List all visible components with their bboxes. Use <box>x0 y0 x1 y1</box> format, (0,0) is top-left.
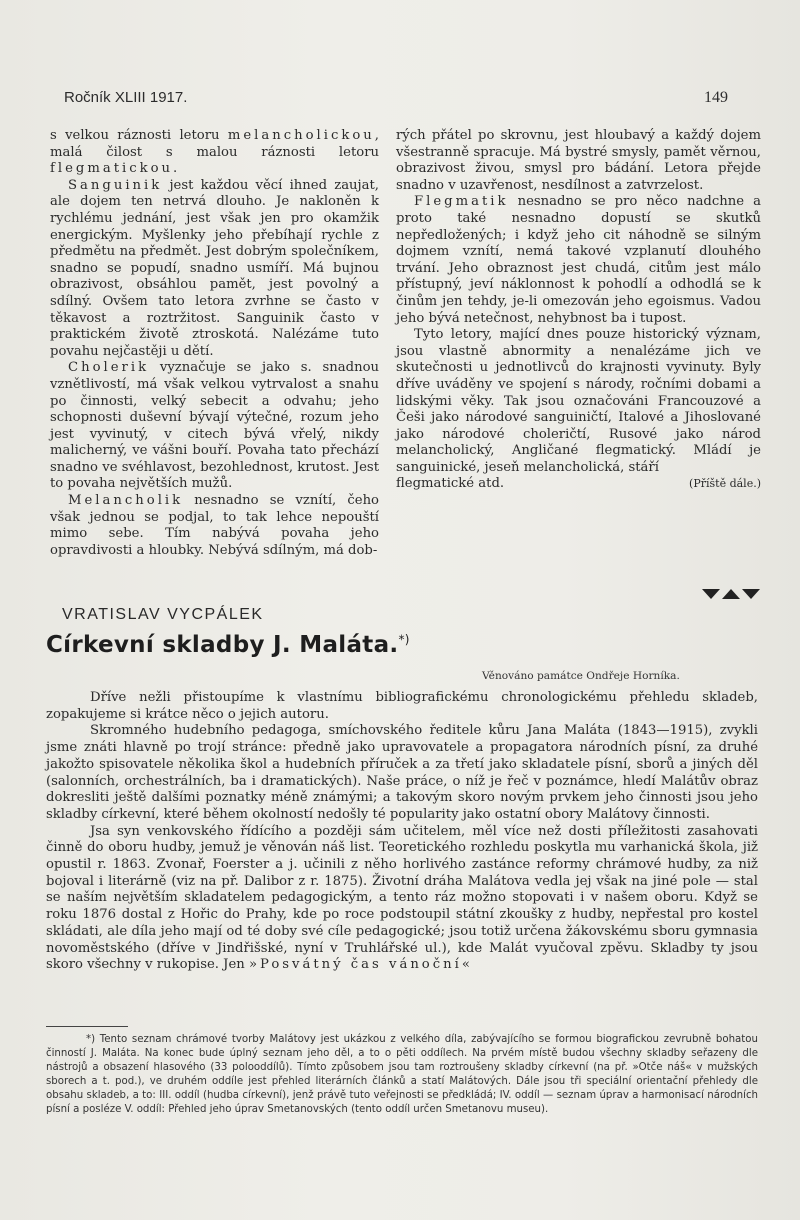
paragraph-letory: Tyto letory, mající dnes pouze historick… <box>396 327 761 476</box>
paragraph: rých přátel po skrovnu, jest hloubavý a … <box>396 128 761 194</box>
triangle-ornament-icon <box>702 589 760 599</box>
paragraph-melancholik: Melancholik nesnadno se vznítí, čeho vša… <box>50 493 379 559</box>
article-title: Církevní skladby J. Maláta.*) <box>46 632 410 658</box>
paragraph: s velkou ráznosti letoru melancholickou,… <box>50 128 379 178</box>
journal-page: Ročník XLIII 1917. 149 s velkou ráznosti… <box>0 0 800 1220</box>
paragraph-sanguinik: Sanguinik jest každou věcí ihned zaujat,… <box>50 178 379 361</box>
paragraph: Jsa syn venkovského řídícího a později s… <box>46 824 758 974</box>
continued-note: (Příště dále.) <box>689 476 761 493</box>
paragraph: Dříve nežli přistoupíme k vlastnímu bibl… <box>46 690 758 723</box>
paragraph-cholerik: Cholerik vyznačuje se jako s. snadnou vz… <box>50 360 379 493</box>
article-body: Dříve nežli přistoupíme k vlastnímu bibl… <box>46 690 758 974</box>
dedication: Věnováno památce Ondřeje Horníka. <box>482 670 680 682</box>
right-column: rých přátel po skrovnu, jest hloubavý a … <box>396 128 761 493</box>
left-column: s velkou ráznosti letoru melancholickou,… <box>50 128 379 559</box>
paragraph-flegmatik: Flegmatik nesnadno se pro něco nadchne a… <box>396 194 761 327</box>
paragraph-end: flegmatické atd. (Příště dále.) <box>396 476 761 493</box>
paragraph: Skromného hudebního pedagoga, smíchovské… <box>46 723 758 823</box>
page-number: 149 <box>704 89 728 107</box>
footnote: *) Tento seznam chrámové tvorby Malátovy… <box>46 1033 758 1118</box>
footnote-rule <box>46 1026 128 1027</box>
volume-year: Ročník XLIII 1917. <box>64 89 187 106</box>
article-author: VRATISLAV VYCPÁLEK <box>62 606 264 624</box>
